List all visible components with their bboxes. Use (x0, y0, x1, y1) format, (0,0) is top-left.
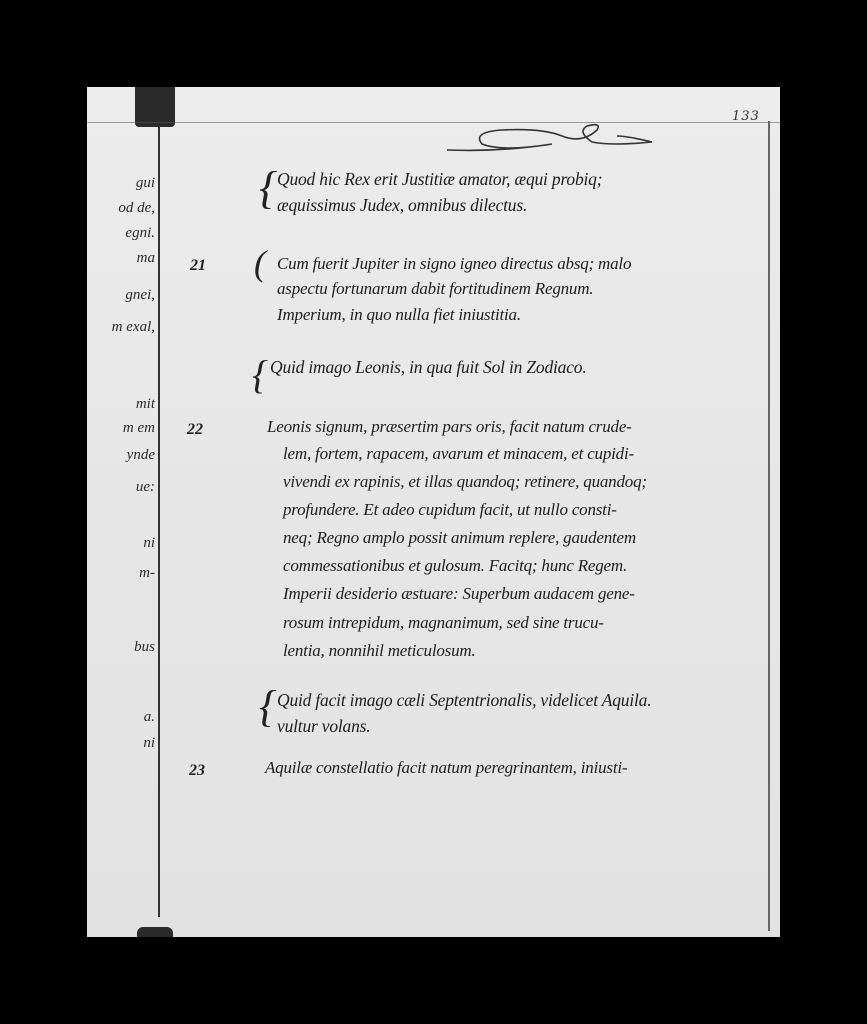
left-page-fragment: ni (87, 735, 155, 752)
decorative-initial: { (252, 355, 268, 395)
left-page-fragment: a. (87, 709, 155, 726)
paragraph-line: Imperii desiderio æstuare: Superbum auda… (283, 584, 635, 604)
folio-number: 133 (732, 109, 760, 124)
paragraph-line: Imperium, in quo nulla fiet iniustitia. (277, 305, 521, 325)
left-page-fragment: ue: (87, 479, 155, 496)
heading-line: Quid facit imago cæli Septentrionalis, v… (277, 690, 651, 711)
left-page-fragment: mit (87, 396, 155, 413)
heading-line: Quod hic Rex erit Justitiæ amator, æqui … (277, 169, 602, 190)
paragraph-line: vivendi ex rapinis, et illas quandoq; re… (283, 472, 647, 492)
binding-tab-top (135, 87, 175, 127)
flourish-ornament (442, 122, 682, 158)
left-page-fragment: gnei, (87, 287, 155, 304)
right-margin-rule (768, 121, 770, 931)
heading-line: Quid imago Leonis, in qua fuit Sol in Zo… (270, 357, 587, 378)
paragraph-line: commessationibus et gulosum. Facitq; hun… (283, 556, 627, 576)
paragraph-line: lem, fortem, rapacem, avarum et minacem,… (283, 444, 634, 464)
paragraph-line: aspectu fortunarum dabit fortitudinem Re… (277, 279, 593, 299)
paragraph-number: 21 (190, 257, 206, 275)
manuscript-page: 133 gui od de, egni. ma gnei, m exal, mi… (87, 87, 780, 937)
left-page-fragment: ynde (87, 447, 155, 464)
left-page-fragment: od de, (87, 200, 155, 217)
paragraph-line: lentia, nonnihil meticulosum. (283, 641, 476, 661)
paragraph-line: profundere. Et adeo cupidum facit, ut nu… (283, 500, 617, 520)
left-page-fragment: ni (87, 535, 155, 552)
heading-line: vultur volans. (277, 716, 370, 737)
paragraph-number: 22 (187, 421, 203, 439)
left-page-fragment: m em (87, 420, 155, 437)
heading-line: æquissimus Judex, omnibus dilectus. (277, 195, 527, 216)
paragraph-line: Aquilæ constellatio facit natum peregrin… (265, 758, 627, 778)
paragraph-number: 23 (189, 762, 205, 780)
decorative-initial: ( (254, 245, 266, 281)
gutter-line (158, 127, 160, 917)
left-page-fragment: egni. (87, 225, 155, 242)
decorative-initial: { (259, 685, 277, 729)
decorative-initial: { (259, 165, 277, 211)
binding-tab-bottom (137, 927, 173, 937)
left-page-fragment: gui (87, 175, 155, 192)
left-page-fragment: ma (87, 250, 155, 267)
paragraph-line: neq; Regno amplo possit animum replere, … (283, 528, 636, 548)
left-page-fragment: m- (87, 565, 155, 582)
left-page-fragment: bus (87, 639, 155, 656)
left-page-fragment: m exal, (87, 319, 155, 336)
paragraph-line: Leonis signum, præsertim pars oris, faci… (267, 417, 632, 437)
paragraph-line: Cum fuerit Jupiter in signo igneo direct… (277, 254, 631, 274)
paragraph-line: rosum intrepidum, magnanimum, sed sine t… (283, 613, 604, 633)
